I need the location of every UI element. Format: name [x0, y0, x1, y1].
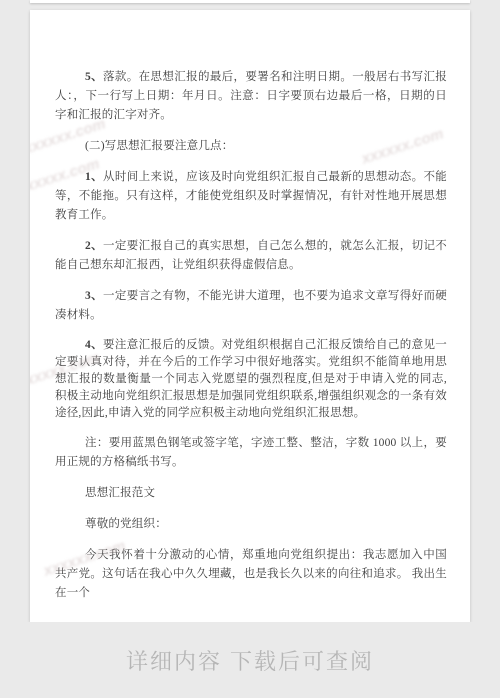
doc-paragraph: 今天我怀着十分激动的心情，郑重地向党组织提出：我志愿加入中国共产党。这句话在我心…	[55, 546, 447, 603]
paragraph-text: 一定要汇报自己的真实思想，自己怎么想的，就怎么汇报，切记不能自己想东却汇报西，让…	[55, 240, 447, 271]
paragraph-text: 思想汇报范文	[85, 487, 155, 499]
paragraph-text: 落款。在思想汇报的最后，要署名和注明日期。一般居右书写汇报人：，下一行写上日期：…	[55, 71, 447, 121]
doc-note-paragraph: 注：要用蓝黑色钢笔或签字笔，字迹工整、整洁，字数 1000 以上，要用正规的方格…	[55, 434, 447, 472]
document-preview-viewport: 5、落款。在思想汇报的最后，要署名和注明日期。一般居右书写汇报人：，下一行写上日…	[0, 0, 500, 698]
paragraph-number: 4、	[85, 339, 103, 351]
doc-paragraph: 5、落款。在思想汇报的最后，要署名和注明日期。一般居右书写汇报人：，下一行写上日…	[55, 68, 447, 125]
paragraph-number: 3、	[85, 290, 103, 302]
doc-paragraph: 1、从时间上来说，应该及时向党组织汇报自己最新的思想动态。不能等，不能拖。只有这…	[55, 168, 447, 225]
paragraph-text: 今天我怀着十分激动的心情，郑重地向党组织提出：我志愿加入中国共产党。这句话在我心…	[55, 549, 447, 599]
footer-notice-text: 详细内容 下载后可查阅	[126, 645, 374, 676]
doc-paragraph: 4、要注意汇报后的反馈。对党组织根据自己汇报反馈给自己的意见一定要认真对待，并在…	[55, 337, 447, 422]
doc-paragraph: 2、一定要汇报自己的真实思想，自己怎么想的，就怎么汇报，切记不能自己想东却汇报西…	[55, 237, 447, 275]
paragraph-text: 要注意汇报后的反馈。对党组织根据自己汇报反馈给自己的意见一定要认真对待，并在今后…	[55, 339, 447, 419]
paragraph-number: 2、	[85, 240, 103, 252]
paragraph-text: 一定要言之有物，不能光讲大道理，也不要为追求文章写得好而硬凑材料。	[55, 290, 447, 321]
document-page: 5、落款。在思想汇报的最后，要署名和注明日期。一般居右书写汇报人：，下一行写上日…	[30, 10, 470, 622]
footer-bar: 详细内容 下载后可查阅	[0, 622, 500, 698]
paragraph-number: 1、	[85, 171, 103, 183]
paragraph-text: (二)写思想汇报要注意几点：	[85, 140, 233, 152]
doc-section-heading: (二)写思想汇报要注意几点：	[55, 137, 447, 156]
paragraph-text: 尊敬的党组织：	[85, 518, 167, 530]
previous-page-edge	[30, 0, 470, 3]
paragraph-text: 注：要用蓝黑色钢笔或签字笔，字迹工整、整洁，字数 1000 以上，要用正规的方格…	[55, 437, 447, 468]
doc-salutation: 尊敬的党组织：	[55, 515, 447, 534]
doc-subtitle: 思想汇报范文	[55, 484, 447, 503]
paragraph-text: 从时间上来说，应该及时向党组织汇报自己最新的思想动态。不能等，不能拖。只有这样，…	[55, 171, 447, 221]
paragraph-number: 5、	[85, 71, 103, 83]
doc-paragraph: 3、一定要言之有物，不能光讲大道理，也不要为追求文章写得好而硬凑材料。	[55, 287, 447, 325]
